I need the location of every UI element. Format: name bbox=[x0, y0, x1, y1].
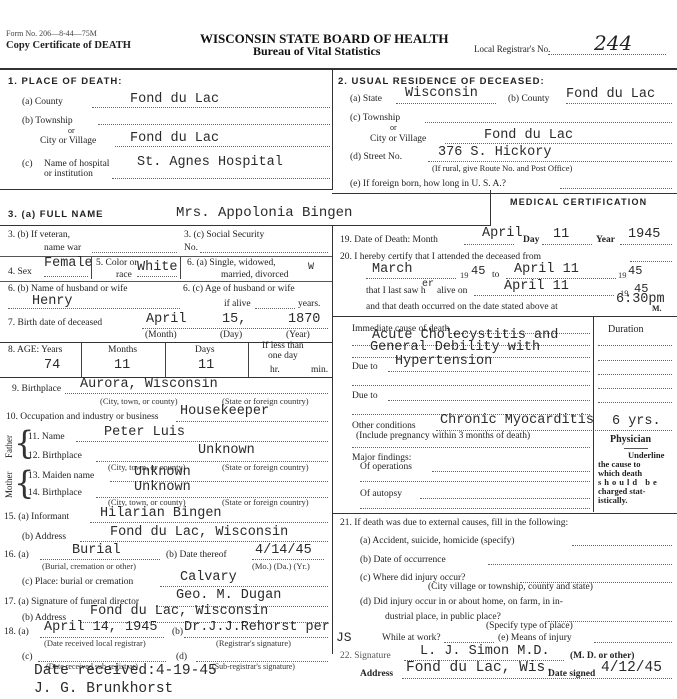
date-received-stamp: Date received:4-19-45 bbox=[34, 663, 217, 679]
age-days: 11 bbox=[198, 358, 214, 373]
residence-state: Wisconsin bbox=[405, 86, 478, 101]
hospital-label: Name of hospital bbox=[44, 159, 109, 169]
informant-label: 15. (a) Informant bbox=[4, 512, 69, 522]
age-months: 11 bbox=[114, 358, 130, 373]
death-day: 11 bbox=[553, 227, 569, 242]
burial-date: 4/14/45 bbox=[255, 543, 312, 558]
spouse-name: Henry bbox=[32, 294, 73, 309]
birth-year: 1870 bbox=[288, 312, 320, 327]
hospital-name: St. Agnes Hospital bbox=[137, 155, 283, 170]
sex-label: 4. Sex bbox=[8, 267, 32, 277]
informant-name: Hilarian Bingen bbox=[100, 506, 222, 521]
form-number: Form No. 206—8-44—75M bbox=[6, 29, 97, 38]
marital-status-label: 6. (a) Single, widowed, bbox=[187, 258, 276, 268]
residence-city: Fond du Lac bbox=[484, 128, 573, 143]
external-causes-label: 21. If death was due to external causes,… bbox=[340, 518, 568, 528]
signature-label: 22. Signature bbox=[340, 651, 391, 661]
registrar-signature: Dr.J.J.Rehorst per bbox=[184, 620, 330, 635]
birthplace: Aurora, Wisconsin bbox=[80, 377, 218, 392]
occupation: Housekeeper bbox=[180, 404, 269, 419]
death-month: April bbox=[482, 226, 523, 241]
informant-address: Fond du Lac, Wisconsin bbox=[110, 525, 288, 540]
city-label: City or Village bbox=[40, 136, 96, 146]
father-name: Peter Luis bbox=[104, 425, 185, 440]
registrar-no: 244 bbox=[594, 31, 632, 55]
residence-street: 376 S. Hickory bbox=[438, 145, 551, 160]
residence-city-label: City or Village bbox=[370, 134, 426, 144]
county-label: (a) County bbox=[22, 97, 63, 107]
funeral-director: Geo. M. Dugan bbox=[176, 588, 281, 603]
race-value: White bbox=[137, 260, 178, 275]
attended-from-year: 45 bbox=[471, 264, 485, 278]
mother-birthplace: Unknown bbox=[134, 480, 191, 495]
pronoun: er bbox=[422, 279, 434, 290]
state-label: (a) State bbox=[350, 94, 382, 104]
attended-from: March bbox=[372, 262, 413, 277]
physician-signature: L. J. Simon M.D. bbox=[420, 644, 550, 659]
place-of-death-heading: 1. PLACE OF DEATH: bbox=[8, 76, 122, 87]
attended-to-year: 45 bbox=[628, 264, 642, 278]
birthplace-label: 9. Birthplace bbox=[12, 384, 61, 394]
birth-month: April bbox=[146, 312, 187, 327]
marital-status: W bbox=[308, 262, 314, 273]
attended-to: April 11 bbox=[514, 262, 579, 277]
attendance-label: 20. I hereby certify that I attended the… bbox=[340, 252, 541, 262]
received-by-name: J. G. Brunkhorst bbox=[34, 681, 173, 697]
death-year: 1945 bbox=[628, 227, 660, 242]
immediate-cause-2: General Debility with bbox=[370, 340, 540, 355]
date-received-local: April 14, 1945 bbox=[44, 620, 157, 635]
copy-certificate-label: Copy Certificate of DEATH bbox=[6, 40, 131, 51]
birth-day: 15, bbox=[222, 312, 246, 327]
street-label: (d) Street No. bbox=[350, 152, 402, 162]
burial-place: Calvary bbox=[180, 570, 237, 585]
father-label: Father bbox=[4, 435, 14, 458]
death-county: Fond du Lac bbox=[130, 92, 219, 107]
full-name: Mrs. Appolonia Bingen bbox=[176, 205, 352, 221]
registrar-no-label: Local Registrar's No. bbox=[474, 44, 550, 54]
physician-address: Fond du Lac, Wis. bbox=[406, 660, 554, 676]
last-seen-date: April 11 bbox=[504, 279, 569, 294]
date-signed: 4/12/45 bbox=[601, 660, 662, 676]
township-label: (b) Township bbox=[22, 116, 73, 126]
due-to-cause: Hypertension bbox=[395, 354, 492, 369]
other-duration: 6 yrs. bbox=[612, 414, 661, 429]
mother-maiden-name: Unknown bbox=[134, 465, 191, 480]
date-of-death-label: 19. Date of Death: Month bbox=[340, 235, 438, 245]
full-name-label: 3. (a) FULL NAME bbox=[8, 209, 104, 220]
death-city: Fond du Lac bbox=[130, 131, 219, 146]
occupation-label: 10. Occupation and industry or business bbox=[6, 412, 159, 422]
mother-label: Mother bbox=[4, 472, 14, 499]
header-divider bbox=[0, 68, 677, 70]
disposition-type: Burial bbox=[72, 543, 121, 558]
medical-certification-heading: MEDICAL CERTIFICATION bbox=[510, 197, 647, 207]
funeral-address: Fond du Lac, Wisconsin bbox=[90, 604, 268, 619]
foreign-born-label: (e) If foreign born, how long in U. S. A… bbox=[350, 179, 506, 189]
birth-date-label: 7. Birth date of deceased bbox=[8, 318, 102, 328]
sex-value: Female bbox=[44, 256, 93, 271]
father-birthplace: Unknown bbox=[198, 443, 255, 458]
other-conditions: Chronic Myocarditis bbox=[440, 413, 594, 428]
physician-label: Physician bbox=[610, 434, 651, 445]
age-label: 8. AGE: Years bbox=[8, 345, 62, 355]
duration-label: Duration bbox=[608, 324, 644, 335]
bureau-title: Bureau of Vital Statistics bbox=[253, 44, 380, 59]
age-years: 74 bbox=[44, 358, 60, 373]
social-security-label: 3. (c) Social Security bbox=[184, 230, 264, 240]
residence-county: Fond du Lac bbox=[566, 87, 655, 102]
registrar-initials: JS bbox=[336, 630, 352, 645]
residence-county-label: (b) County bbox=[508, 94, 549, 104]
other-conditions-label: Other conditions bbox=[352, 421, 416, 431]
